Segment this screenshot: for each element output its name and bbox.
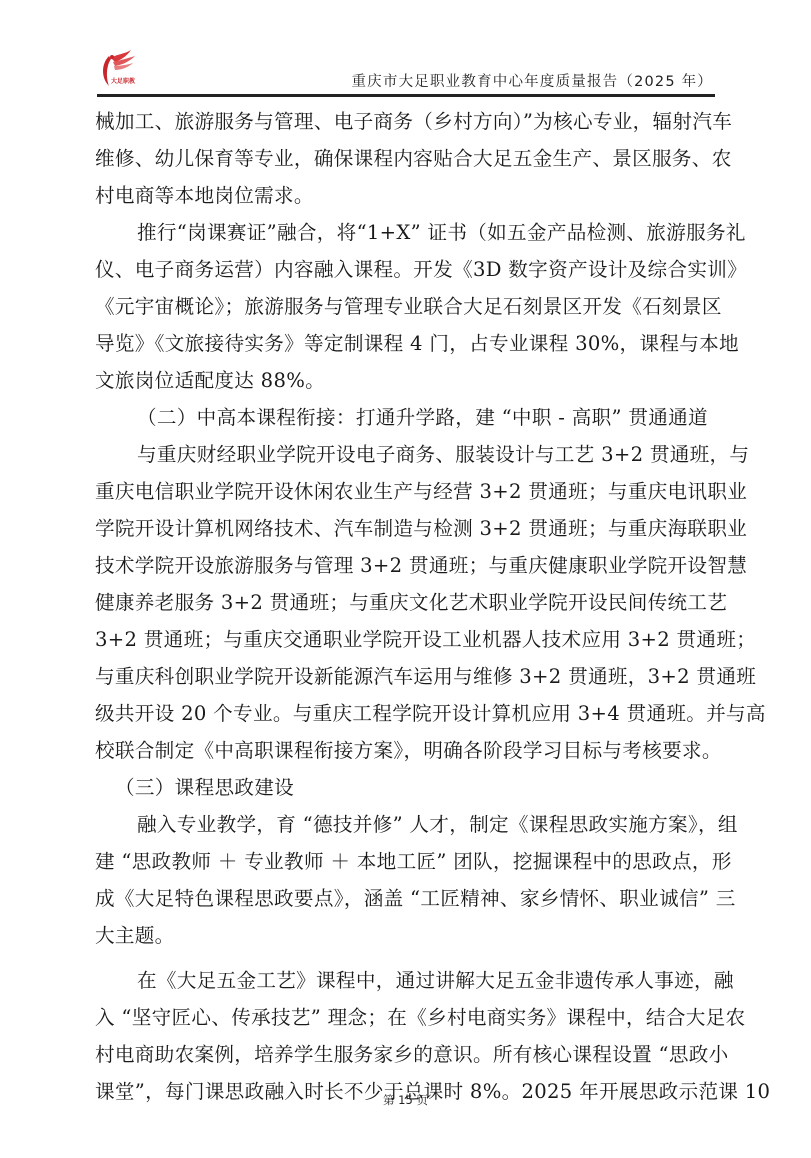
phoenix-logo-icon (97, 48, 145, 92)
school-logo: 大足职教 (97, 48, 145, 92)
text-line: 建 “思政教师 ＋ 专业教师 ＋ 本地工匠” 团队，挖掘课程中的思政点，形 (95, 843, 718, 880)
text-line: 校联合制定《中高职课程衔接方案》，明确各阶段学习目标与考核要求。 (95, 732, 718, 769)
text-line: 导览》《文旅接待实务》等定制课程 4 门，占专业课程 30%，课程与本地 (95, 325, 718, 362)
paragraph-ideological-education: 融入专业教学，育 “德技并修” 人才，制定《课程思政实施方案》，组 建 “思政教… (95, 806, 718, 954)
paragraph-gap (95, 954, 718, 962)
text-line: 级共开设 20 个专业。与重庆工程学院开设计算机应用 3+4 贯通班。并与高 (95, 695, 718, 732)
text-line: 推行“岗课赛证”融合，将“1+X” 证书（如五金产品检测、旅游服务礼 (95, 214, 718, 251)
header-divider (97, 94, 715, 97)
paragraph-course-examples: 在《大足五金工艺》课程中，通过讲解大足五金非遗传承人事迹，融 入 “坚守匠心、传… (95, 962, 718, 1110)
section-heading-3: （三）课程思政建设 (95, 769, 718, 806)
page-header: 大足职教 重庆市大足职业教育中心年度质量报告（2025 年） (97, 48, 715, 96)
text-line: 技术学院开设旅游服务与管理 3+2 贯通班；与重庆健康职业学院开设智慧 (95, 547, 718, 584)
page-number: 第 15 页 (0, 1092, 811, 1108)
text-line: 维修、幼儿保育等专业，确保课程内容贴合大足五金生产、景区服务、农 (95, 140, 718, 177)
text-line: 《元宇宙概论》；旅游服务与管理专业联合大足石刻景区开发《石刻景区 (95, 288, 718, 325)
text-line: 3+2 贯通班；与重庆交通职业学院开设工业机器人技术应用 3+2 贯通班； (95, 621, 718, 658)
text-line: 与重庆科创职业学院开设新能源汽车运用与维修 3+2 贯通班，3+2 贯通班 (95, 658, 718, 695)
text-line: 融入专业教学，育 “德技并修” 人才，制定《课程思政实施方案》，组 (95, 806, 718, 843)
text-line: 重庆电信职业学院开设休闲农业生产与经营 3+2 贯通班；与重庆电讯职业 (95, 473, 718, 510)
text-line: 大主题。 (95, 917, 718, 954)
paragraph-1x-certificates: 推行“岗课赛证”融合，将“1+X” 证书（如五金产品检测、旅游服务礼 仪、电子商… (95, 214, 718, 399)
paragraph-articulation-classes: 与重庆财经职业学院开设电子商务、服装设计与工艺 3+2 贯通班，与 重庆电信职业… (95, 436, 718, 769)
text-line: 械加工、旅游服务与管理、电子商务（乡村方向）”为核心专业，辐射汽车 (95, 103, 718, 140)
text-line: 成《大足特色课程思政要点》，涵盖 “工匠精神、家乡情怀、职业诚信” 三 (95, 880, 718, 917)
paragraph-core-majors: 械加工、旅游服务与管理、电子商务（乡村方向）”为核心专业，辐射汽车 维修、幼儿保… (95, 103, 718, 214)
text-line: 健康养老服务 3+2 贯通班；与重庆文化艺术职业学院开设民间传统工艺 (95, 584, 718, 621)
text-line: 入 “坚守匠心、传承技艺” 理念；在《乡村电商实务》课程中，结合大足农 (95, 999, 718, 1036)
text-line: 在《大足五金工艺》课程中，通过讲解大足五金非遗传承人事迹，融 (95, 962, 718, 999)
document-body: 械加工、旅游服务与管理、电子商务（乡村方向）”为核心专业，辐射汽车 维修、幼儿保… (95, 103, 718, 1110)
text-line: 村电商助农案例，培养学生服务家乡的意识。所有核心课程设置 “思政小 (95, 1036, 718, 1073)
logo-text: 大足职教 (111, 76, 135, 85)
text-line: 学院开设计算机网络技术、汽车制造与检测 3+2 贯通班；与重庆海联职业 (95, 510, 718, 547)
section-heading-2: （二）中高本课程衔接：打通升学路，建 “中职 - 高职” 贯通通道 (95, 399, 718, 436)
text-line: 村电商等本地岗位需求。 (95, 177, 718, 214)
report-title: 重庆市大足职业教育中心年度质量报告（2025 年） (351, 70, 713, 91)
text-line: 仪、电子商务运营）内容融入课程。开发《3D 数字资产设计及综合实训》 (95, 251, 718, 288)
text-line: 与重庆财经职业学院开设电子商务、服装设计与工艺 3+2 贯通班，与 (95, 436, 718, 473)
text-line: 文旅岗位适配度达 88%。 (95, 362, 718, 399)
